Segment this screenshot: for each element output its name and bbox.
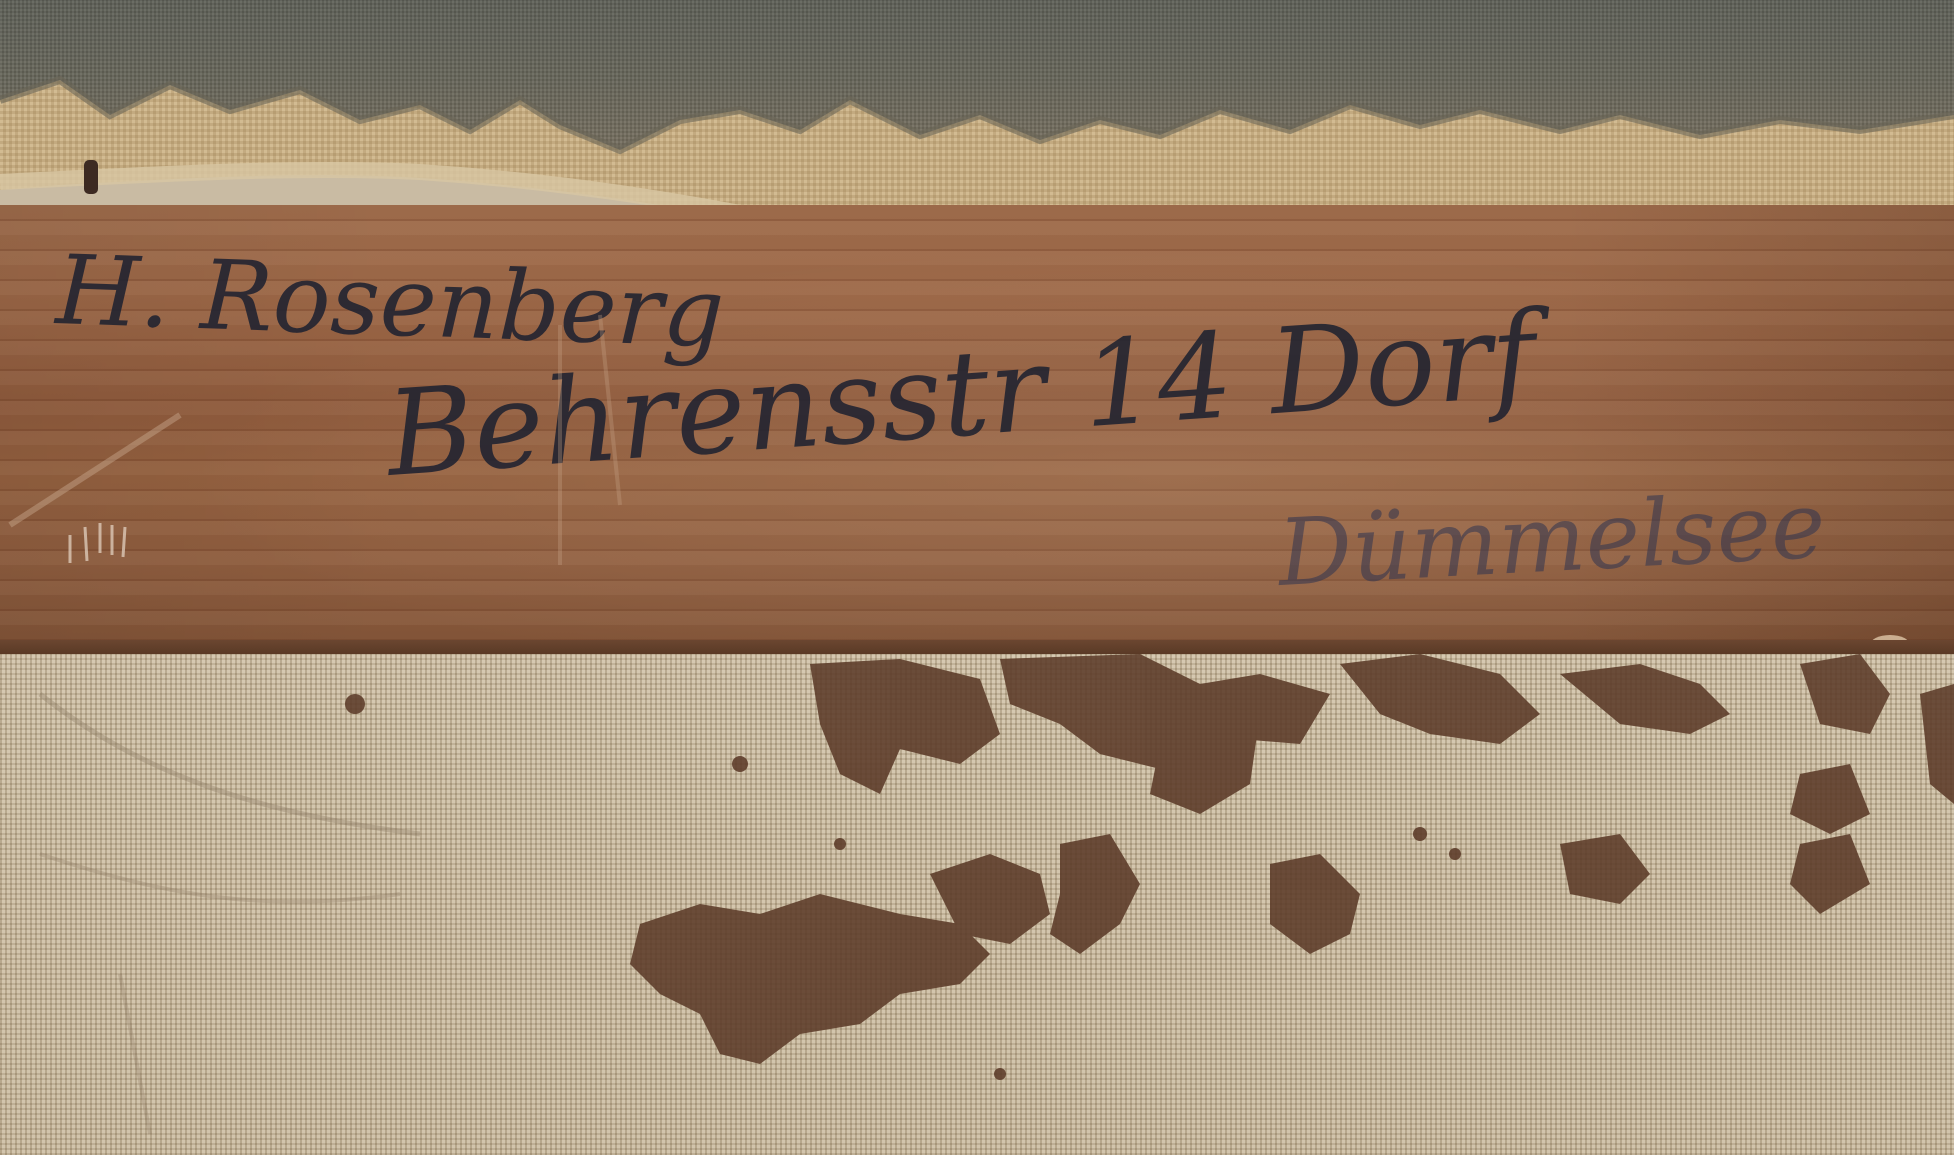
handwritten-inscription: H. Rosenberg Behrensstr 14 Dorf Dümmelse…: [0, 205, 1954, 655]
canvas-stains: [0, 654, 1954, 1155]
photograph: H. Rosenberg Behrensstr 14 Dorf Dümmelse…: [0, 0, 1954, 1155]
inscription-line-3: Dümmelsee: [1274, 471, 1828, 607]
stretcher-bar-edge: [0, 640, 1954, 654]
